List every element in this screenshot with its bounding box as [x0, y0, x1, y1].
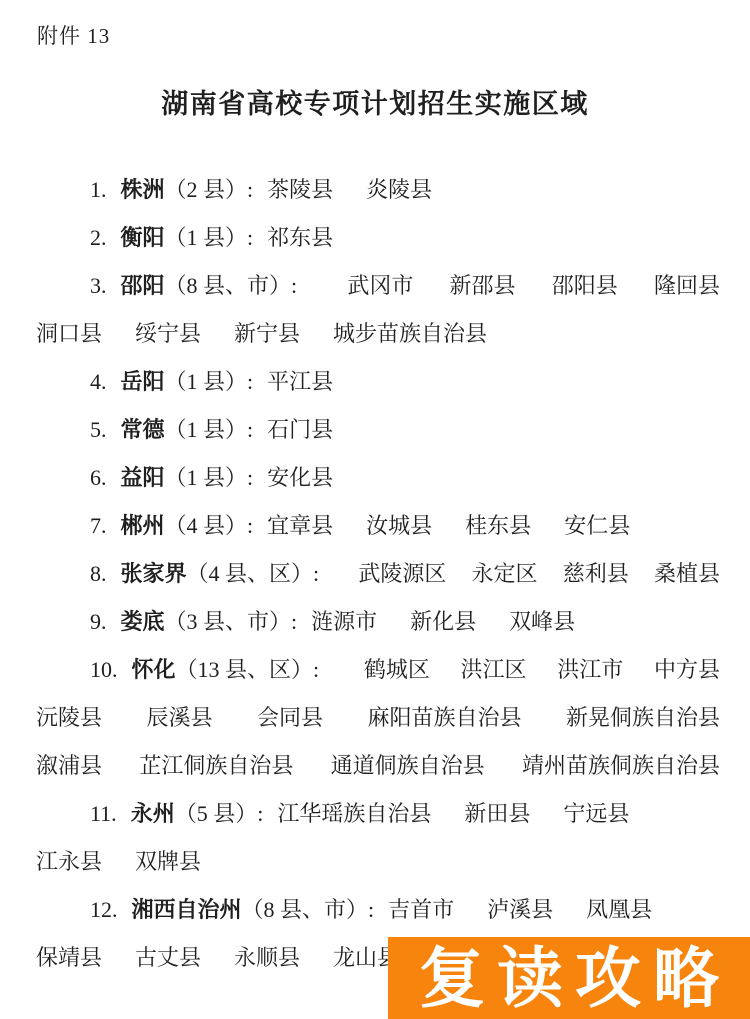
region-number: 9. — [90, 609, 107, 634]
region-line-first: 4.岳阳（1 县）:平江县 — [36, 358, 720, 406]
region-item: 6.益阳（1 县）:安化县 — [36, 454, 720, 502]
region-prefix: 3.邵阳（8 县、市）: — [90, 262, 311, 310]
region-line-first: 12.湘西自治州（8 县、市）:吉首市泸溪县凤凰县 — [36, 886, 720, 934]
region-item: 9.娄底（3 县、市）:涟源市新化县双峰县 — [36, 598, 720, 646]
county-name: 鹤城区 — [364, 646, 430, 694]
region-prefix: 9.娄底（3 县、市）: — [90, 609, 311, 634]
region-city: 怀化 — [132, 657, 176, 682]
county-name: 洪江市 — [557, 646, 623, 694]
region-line-continuation: 江永县双牌县 — [36, 838, 720, 886]
region-scope: （1 县）: — [165, 225, 254, 250]
region-prefix: 1.株洲（2 县）: — [90, 177, 267, 202]
region-line-first: 9.娄底（3 县、市）:涟源市新化县双峰县 — [36, 598, 720, 646]
county-name: 泸溪县 — [487, 897, 553, 922]
region-city: 衡阳 — [121, 225, 165, 250]
county-name: 平江县 — [267, 369, 333, 394]
region-item: 10.怀化（13 县、区）:鹤城区洪江区洪江市中方县沅陵县辰溪县会同县麻阳苗族自… — [36, 646, 720, 790]
county-name: 古丈县 — [135, 945, 201, 970]
county-name: 桂东县 — [465, 513, 531, 538]
region-item: 3.邵阳（8 县、市）:武冈市新邵县邵阳县隆回县洞口县绥宁县新宁县城步苗族自治县 — [36, 262, 720, 358]
region-prefix: 7.郴州（4 县）: — [90, 513, 267, 538]
county-name: 永定区 — [472, 550, 538, 598]
region-number: 2. — [90, 225, 107, 250]
region-prefix: 11.永州（5 县）: — [90, 801, 277, 826]
region-scope: （1 县）: — [165, 417, 254, 442]
region-line-continuation: 沅陵县辰溪县会同县麻阳苗族自治县新晃侗族自治县 — [36, 694, 720, 742]
county-name: 慈利县 — [563, 550, 629, 598]
region-number: 3. — [90, 273, 107, 298]
region-scope: （2 县）: — [165, 177, 254, 202]
watermark-banner: 复读攻略 — [388, 937, 750, 1019]
county-name: 武冈市 — [347, 262, 413, 310]
county-name: 新宁县 — [234, 321, 300, 346]
county-name: 新邵县 — [450, 262, 516, 310]
county-name: 炎陵县 — [366, 177, 432, 202]
county-name: 凤凰县 — [586, 897, 652, 922]
county-name: 桑植县 — [654, 550, 720, 598]
region-number: 6. — [90, 465, 107, 490]
region-number: 7. — [90, 513, 107, 538]
attachment-label: 附件 13 — [37, 20, 110, 50]
region-item: 5.常德（1 县）:石门县 — [36, 406, 720, 454]
county-name: 中方县 — [654, 646, 720, 694]
county-name: 祁东县 — [267, 225, 333, 250]
county-name: 沅陵县 — [36, 694, 102, 742]
region-number: 12. — [90, 897, 118, 922]
county-name: 永顺县 — [234, 945, 300, 970]
county-name: 双牌县 — [135, 849, 201, 874]
county-name: 新晃侗族自治县 — [566, 694, 720, 742]
region-city: 永州 — [131, 801, 175, 826]
county-name: 会同县 — [257, 694, 323, 742]
region-prefix: 10.怀化（13 县、区）: — [90, 646, 333, 694]
region-prefix: 12.湘西自治州（8 县、市）: — [90, 897, 388, 922]
county-name: 宁远县 — [563, 801, 629, 826]
region-city: 岳阳 — [121, 369, 165, 394]
region-item: 11.永州（5 县）:江华瑶族自治县新田县宁远县江永县双牌县 — [36, 790, 720, 886]
region-prefix: 2.衡阳（1 县）: — [90, 225, 267, 250]
region-city: 张家界 — [121, 561, 187, 586]
county-name: 保靖县 — [36, 945, 102, 970]
region-number: 8. — [90, 561, 107, 586]
watermark-text: 复读攻略 — [419, 937, 731, 1019]
region-city: 湘西自治州 — [132, 897, 242, 922]
county-name: 安化县 — [267, 465, 333, 490]
region-scope: （4 县）: — [165, 513, 254, 538]
county-name: 通道侗族自治县 — [331, 742, 485, 790]
region-scope: （1 县）: — [165, 369, 254, 394]
county-name: 溆浦县 — [36, 742, 102, 790]
county-name: 江永县 — [36, 849, 102, 874]
region-line-first: 8.张家界（4 县、区）:武陵源区永定区慈利县桑植县 — [36, 550, 720, 598]
region-line-first: 5.常德（1 县）:石门县 — [36, 406, 720, 454]
county-name: 绥宁县 — [135, 321, 201, 346]
region-item: 7.郴州（4 县）:宜章县汝城县桂东县安仁县 — [36, 502, 720, 550]
region-scope: （8 县、市）: — [165, 273, 298, 298]
region-prefix: 8.张家界（4 县、区）: — [90, 550, 333, 598]
region-number: 5. — [90, 417, 107, 442]
region-number: 10. — [90, 657, 118, 682]
region-line-first: 2.衡阳（1 县）:祁东县 — [36, 214, 720, 262]
region-city: 益阳 — [121, 465, 165, 490]
region-list: 1.株洲（2 县）:茶陵县炎陵县2.衡阳（1 县）:祁东县3.邵阳（8 县、市）… — [36, 166, 720, 982]
region-number: 11. — [90, 801, 117, 826]
region-line-continuation: 溆浦县芷江侗族自治县通道侗族自治县靖州苗族侗族自治县 — [36, 742, 720, 790]
region-scope: （13 县、区）: — [176, 657, 320, 682]
county-name: 吉首市 — [388, 897, 454, 922]
county-name: 芷江侗族自治县 — [139, 742, 293, 790]
region-item: 1.株洲（2 县）:茶陵县炎陵县 — [36, 166, 720, 214]
region-scope: （5 县）: — [175, 801, 264, 826]
region-city: 常德 — [121, 417, 165, 442]
region-line-first: 10.怀化（13 县、区）:鹤城区洪江区洪江市中方县 — [36, 646, 720, 694]
county-name: 麻阳苗族自治县 — [367, 694, 521, 742]
region-number: 4. — [90, 369, 107, 394]
county-name: 涟源市 — [311, 609, 377, 634]
region-line-first: 11.永州（5 县）:江华瑶族自治县新田县宁远县 — [36, 790, 720, 838]
county-name: 靖州苗族侗族自治县 — [522, 742, 720, 790]
region-prefix: 4.岳阳（1 县）: — [90, 369, 267, 394]
region-line-first: 6.益阳（1 县）:安化县 — [36, 454, 720, 502]
region-scope: （8 县、市）: — [242, 897, 375, 922]
region-line-continuation: 洞口县绥宁县新宁县城步苗族自治县 — [36, 310, 720, 358]
region-line-first: 3.邵阳（8 县、市）:武冈市新邵县邵阳县隆回县 — [36, 262, 720, 310]
region-item: 2.衡阳（1 县）:祁东县 — [36, 214, 720, 262]
page-title: 湖南省高校专项计划招生实施区域 — [0, 82, 750, 121]
county-name: 宜章县 — [267, 513, 333, 538]
county-name: 新化县 — [410, 609, 476, 634]
county-name: 隆回县 — [654, 262, 720, 310]
region-item: 8.张家界（4 县、区）:武陵源区永定区慈利县桑植县 — [36, 550, 720, 598]
region-number: 1. — [90, 177, 107, 202]
county-name: 邵阳县 — [552, 262, 618, 310]
county-name: 洞口县 — [36, 321, 102, 346]
county-name: 洪江区 — [461, 646, 527, 694]
county-name: 石门县 — [267, 417, 333, 442]
region-city: 娄底 — [121, 609, 165, 634]
county-name: 新田县 — [464, 801, 530, 826]
region-scope: （1 县）: — [165, 465, 254, 490]
region-line-first: 1.株洲（2 县）:茶陵县炎陵县 — [36, 166, 720, 214]
county-name: 江华瑶族自治县 — [277, 801, 431, 826]
region-city: 株洲 — [121, 177, 165, 202]
region-prefix: 6.益阳（1 县）: — [90, 465, 267, 490]
region-city: 邵阳 — [121, 273, 165, 298]
county-name: 茶陵县 — [267, 177, 333, 202]
region-line-first: 7.郴州（4 县）:宜章县汝城县桂东县安仁县 — [36, 502, 720, 550]
region-scope: （4 县、区）: — [187, 561, 320, 586]
county-name: 安仁县 — [564, 513, 630, 538]
region-prefix: 5.常德（1 县）: — [90, 417, 267, 442]
county-name: 城步苗族自治县 — [333, 321, 487, 346]
county-name: 汝城县 — [366, 513, 432, 538]
county-name: 辰溪县 — [146, 694, 212, 742]
region-item: 4.岳阳（1 县）:平江县 — [36, 358, 720, 406]
county-name: 双峰县 — [509, 609, 575, 634]
region-city: 郴州 — [121, 513, 165, 538]
region-scope: （3 县、市）: — [165, 609, 298, 634]
county-name: 武陵源区 — [358, 550, 446, 598]
